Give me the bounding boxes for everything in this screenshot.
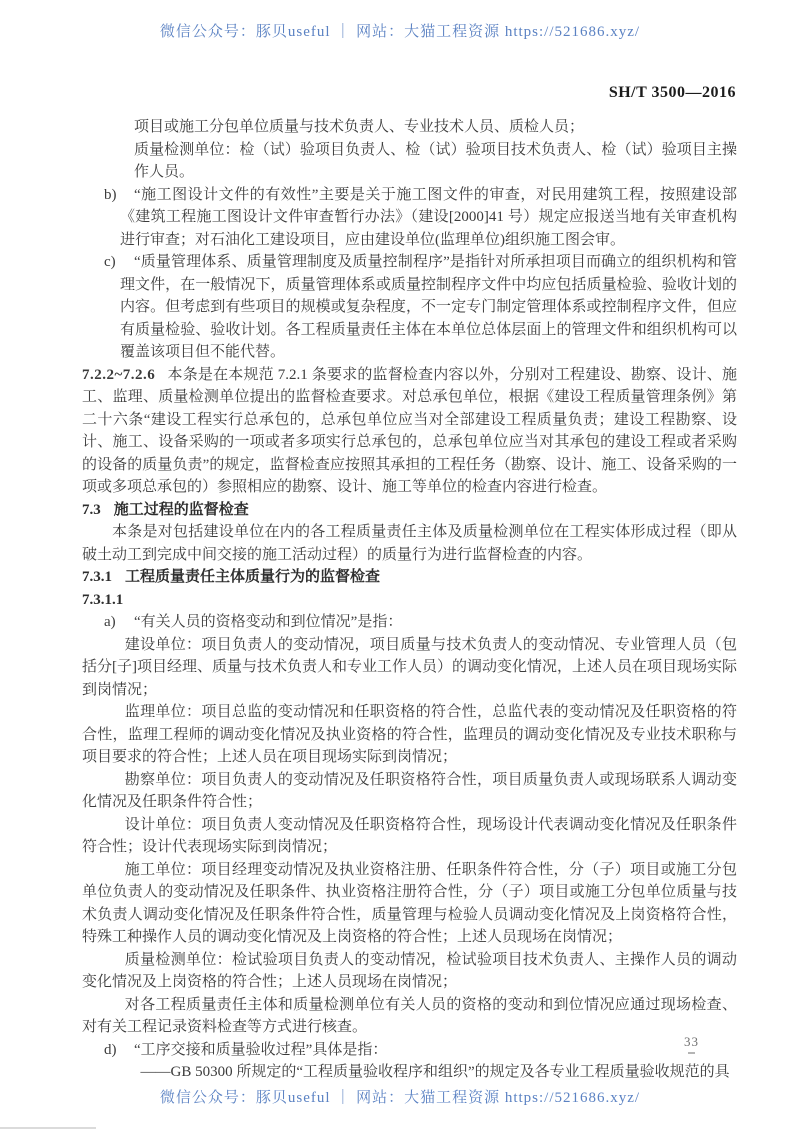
clause-label: b) (104, 184, 117, 207)
paragraph: 监理单位：项目总监的变动情况和任职资格的符合性，总监代表的变动情况及任职资格的符… (82, 701, 737, 769)
paragraph-text: 设计单位：项目负责人变动情况及任职资格符合性，现场设计代表调动变化情况及任职条件… (82, 817, 737, 856)
paragraph: d)“工序交接和质量验收过程”具体是指： (82, 1039, 737, 1062)
clause-label: c) (104, 251, 116, 274)
clause-heading: 7.3.1工程质量责任主体质量行为的监督检查 (82, 566, 737, 589)
clause-label: a) (104, 611, 116, 634)
paragraph-text: 质量检测单位：检试验项目负责人的变动情况，检试验项目技术负责人、主操作人员的调动… (82, 952, 737, 991)
page-number-mark (688, 1052, 695, 1054)
paragraph-text: 本条是对包括建设单位在内的各工程质量责任主体及质量检测单位在工程实体形成过程（即… (82, 524, 737, 563)
page-number-value: 33 (684, 1034, 699, 1049)
paragraph-text: 项目或施工分包单位质量与技术负责人、专业技术人员、质检人员； (134, 119, 584, 135)
clause-heading: 7.3施工过程的监督检查 (82, 499, 737, 522)
paragraph: c)“质量管理体系、质量管理制度及质量控制程序”是指针对所承担项目而确立的组织机… (82, 251, 737, 364)
standard-code: SH/T 3500—2016 (609, 84, 736, 102)
page-number: 33 (684, 1034, 699, 1054)
paragraph-text: “质量管理体系、质量管理制度及质量控制程序”是指针对所承担项目而确立的组织机构和… (120, 254, 737, 360)
paragraph-text: 工程质量责任主体质量行为的监督检查 (125, 569, 380, 585)
paragraph-text: ——GB 50300 所规定的“工程质量验收程序和组织”的规定及各专业工程质量验… (141, 1064, 730, 1080)
clause-heading: 7.3.1.1 (82, 589, 737, 612)
paragraph-text: “施工图设计文件的有效性”主要是关于施工图文件的审查，对民用建筑工程，按照建设部… (120, 187, 737, 248)
clause-label: 7.2.2~7.2.6 (82, 367, 155, 383)
paragraph-text: 监理单位：项目总监的变动情况和任职资格的符合性，总监代表的变动情况及任职资格的符… (82, 704, 737, 765)
content: 项目或施工分包单位质量与技术负责人、专业技术人员、质检人员；质量检测单位：检（试… (82, 116, 737, 1084)
watermark-header: 微信公众号：豚贝useful ｜ 网站：大猫工程资源 https://52168… (0, 20, 800, 41)
paragraph-text: 质量检测单位：检（试）验项目负责人、检（试）验项目技术负责人、检（试）验项目主操… (134, 142, 737, 181)
paragraph-text: 施工单位：项目经理变动情况及执业资格注册、任职条件符合性，分（子）项目或施工分包… (82, 862, 737, 946)
paragraph-text: 建设单位：项目负责人的变动情况，项目质量与技术负责人的变动情况、专业管理人员（包… (82, 637, 737, 698)
document-page: 微信公众号：豚贝useful ｜ 网站：大猫工程资源 https://52168… (0, 0, 800, 1131)
paragraph: 建设单位：项目负责人的变动情况，项目质量与技术负责人的变动情况、专业管理人员（包… (82, 634, 737, 702)
scan-edge-artifact (0, 1127, 96, 1129)
paragraph-text: 本条是在本规范 7.2.1 条要求的监督检查内容以外，分别对工程建设、勘察、设计… (82, 367, 737, 496)
paragraph-text: 勘察单位：项目负责人的变动情况及任职资格符合性，项目质量负责人或现场联系人调动变… (82, 772, 737, 811)
paragraph: 设计单位：项目负责人变动情况及任职资格符合性，现场设计代表调动变化情况及任职条件… (82, 814, 737, 859)
paragraph: a)“有关人员的资格变动和到位情况”是指： (82, 611, 737, 634)
clause-label: 7.3 (82, 502, 101, 518)
paragraph: 质量检测单位：检（试）验项目负责人、检（试）验项目技术负责人、检（试）验项目主操… (134, 139, 737, 184)
paragraph: ——GB 50300 所规定的“工程质量验收程序和组织”的规定及各专业工程质量验… (82, 1061, 737, 1084)
paragraph: 勘察单位：项目负责人的变动情况及任职资格符合性，项目质量负责人或现场联系人调动变… (82, 769, 737, 814)
clause-label: 7.3.1.1 (82, 592, 123, 608)
paragraph: 施工单位：项目经理变动情况及执业资格注册、任职条件符合性，分（子）项目或施工分包… (82, 859, 737, 949)
paragraph: 质量检测单位：检试验项目负责人的变动情况，检试验项目技术负责人、主操作人员的调动… (82, 949, 737, 994)
paragraph-text: “有关人员的资格变动和到位情况”是指： (134, 614, 402, 630)
paragraph: 7.2.2~7.2.6本条是在本规范 7.2.1 条要求的监督检查内容以外，分别… (82, 364, 737, 499)
paragraph: b)“施工图设计文件的有效性”主要是关于施工图文件的审查，对民用建筑工程，按照建… (82, 184, 737, 252)
paragraph: 本条是对包括建设单位在内的各工程质量责任主体及质量检测单位在工程实体形成过程（即… (82, 521, 737, 566)
paragraph-text: 施工过程的监督检查 (114, 502, 249, 518)
paragraph: 项目或施工分包单位质量与技术负责人、专业技术人员、质检人员； (134, 116, 737, 139)
clause-label: d) (104, 1039, 117, 1062)
paragraph: 对各工程质量责任主体和质量检测单位有关人员的资格的变动和到位情况应通过现场检查、… (82, 994, 737, 1039)
clause-label: 7.3.1 (82, 569, 112, 585)
paragraph-text: 对各工程质量责任主体和质量检测单位有关人员的资格的变动和到位情况应通过现场检查、… (82, 997, 737, 1036)
watermark-footer: 微信公众号：豚贝useful ｜ 网站：大猫工程资源 https://52168… (0, 1086, 800, 1107)
paragraph-text: “工序交接和质量验收过程”具体是指： (134, 1042, 387, 1058)
